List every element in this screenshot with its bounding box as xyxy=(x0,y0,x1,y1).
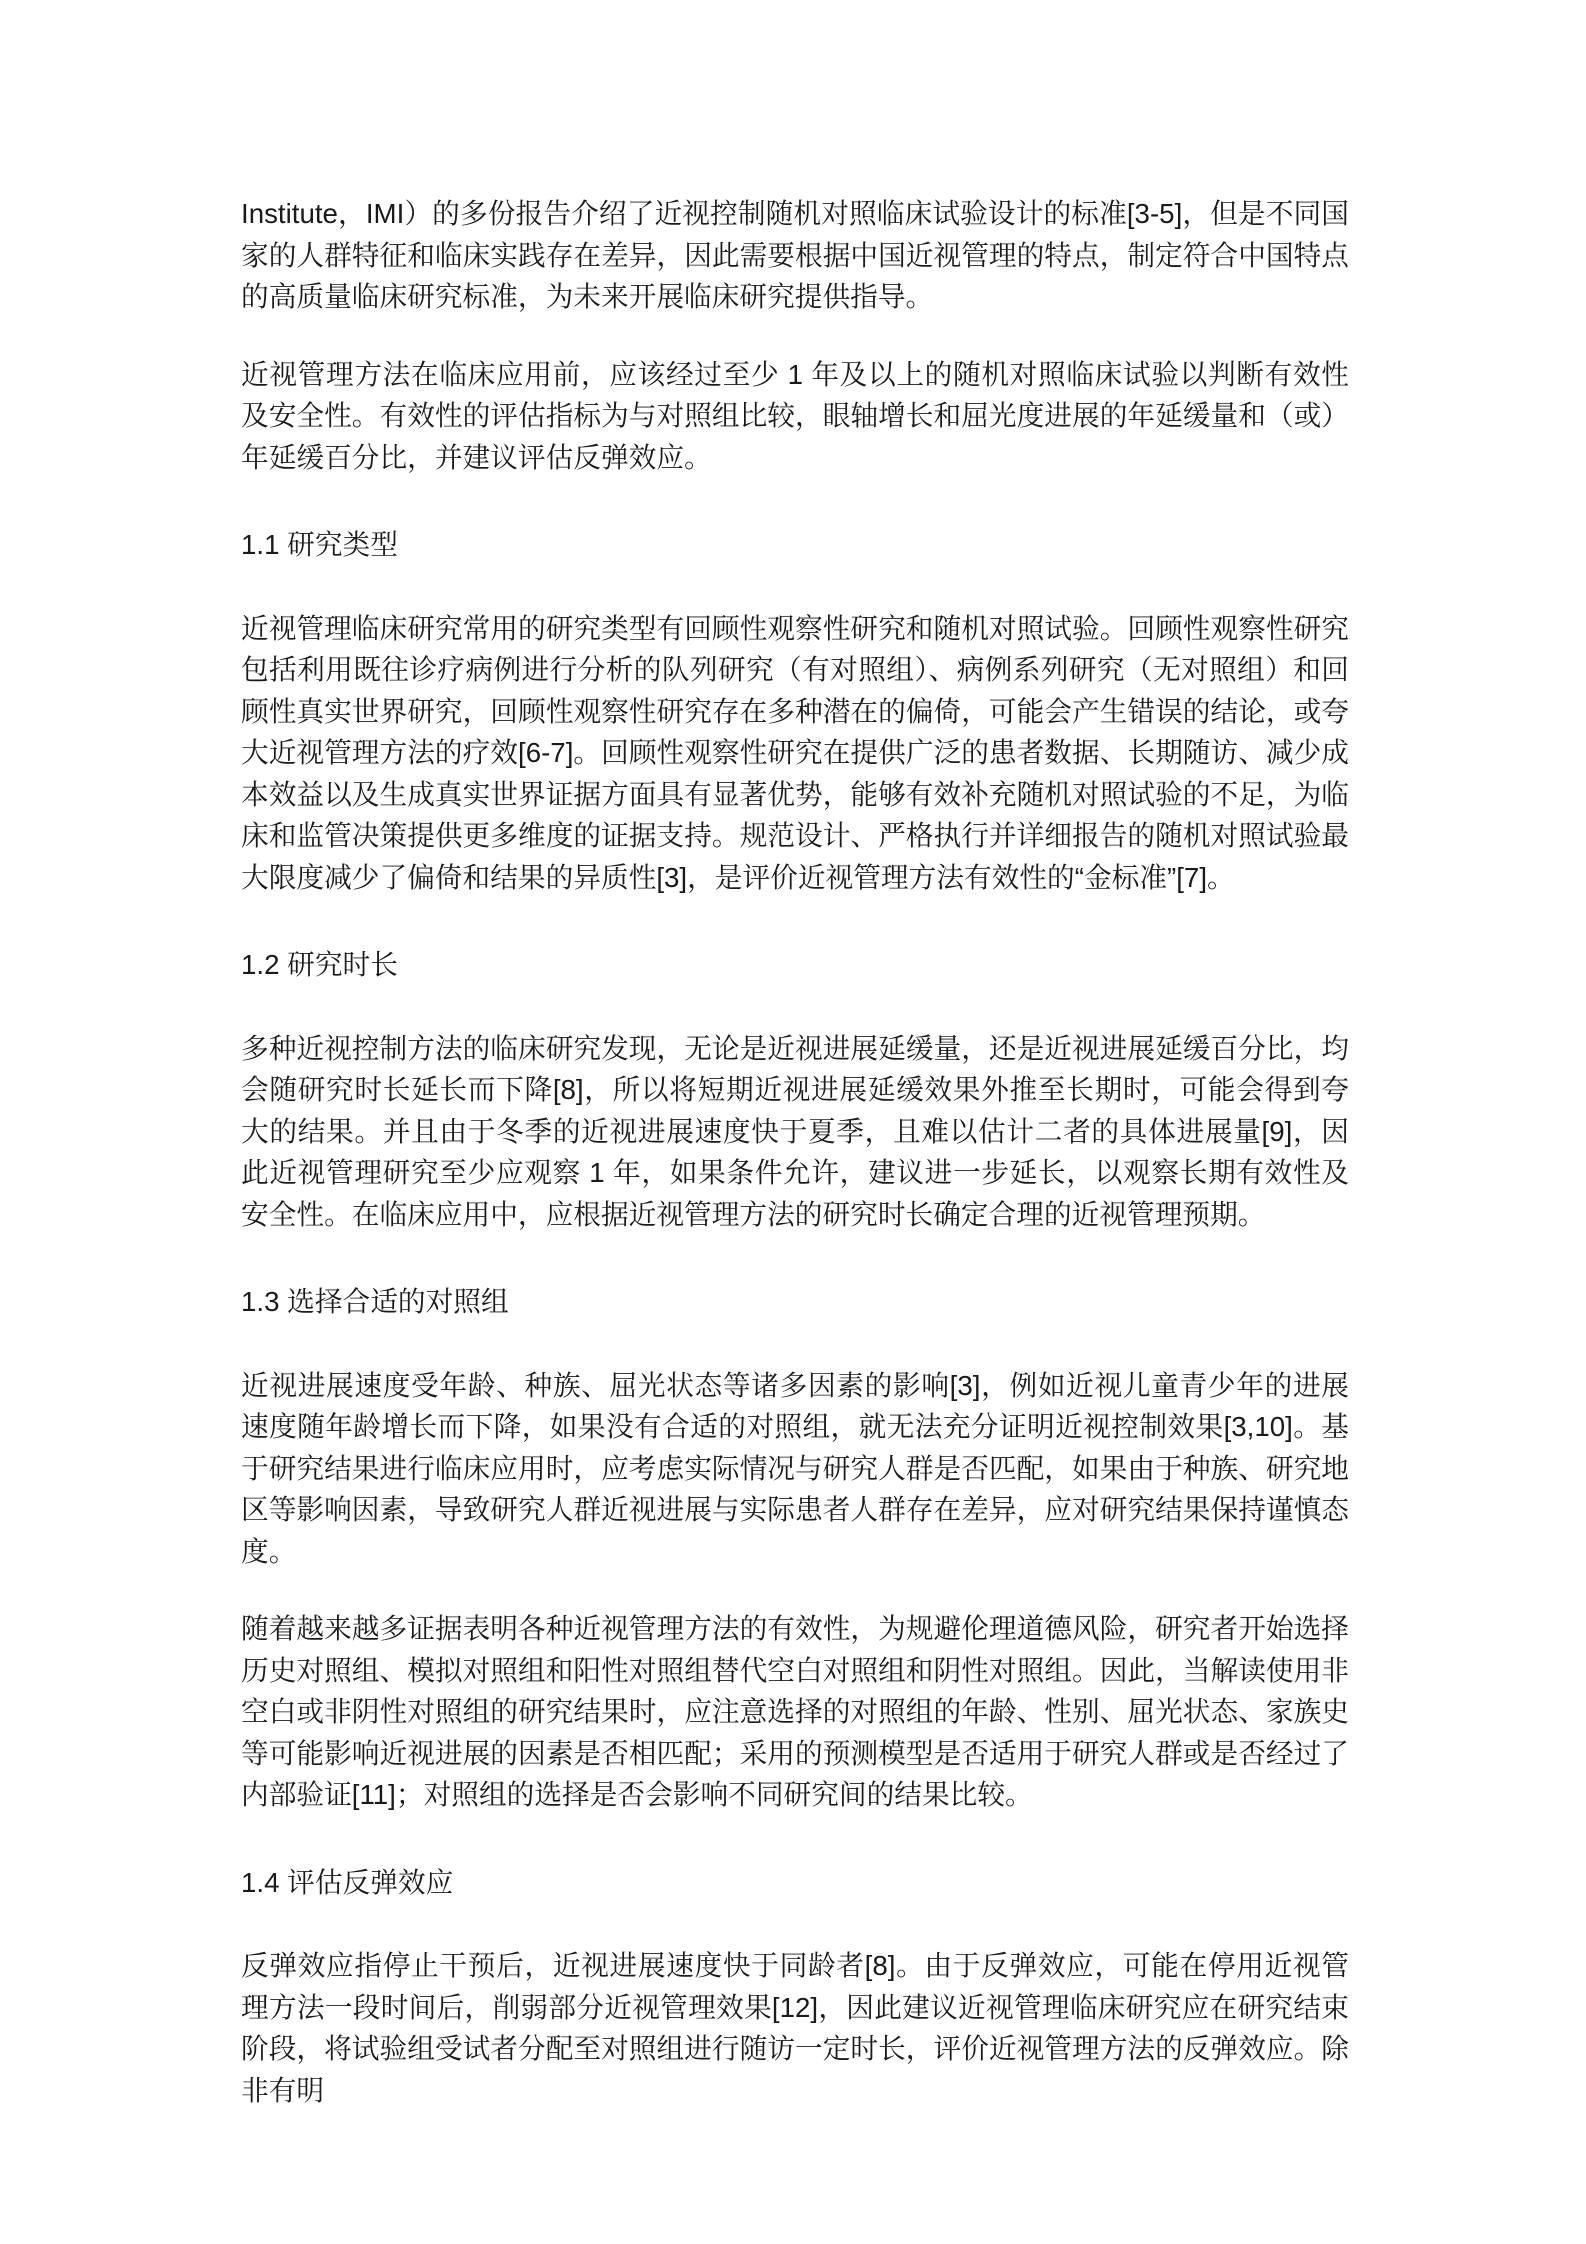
section-heading: 1.1 研究类型 xyxy=(241,524,1349,566)
document-page: Institute，IMI）的多份报告介绍了近视控制随机对照临床试验设计的标准[… xyxy=(0,0,1586,2244)
document-content: Institute，IMI）的多份报告介绍了近视控制随机对照临床试验设计的标准[… xyxy=(241,193,1349,2111)
section-heading: 1.2 研究时长 xyxy=(241,944,1349,986)
paragraph: 反弹效应指停止干预后，近视进展速度快于同龄者[8]。由于反弹效应，可能在停用近视… xyxy=(241,1945,1349,2111)
paragraph: 近视管理方法在临床应用前，应该经过至少 1 年及以上的随机对照临床试验以判断有效… xyxy=(241,354,1349,479)
paragraph: Institute，IMI）的多份报告介绍了近视控制随机对照临床试验设计的标准[… xyxy=(241,193,1349,318)
paragraph: 随着越来越多证据表明各种近视管理方法的有效性，为规避伦理道德风险，研究者开始选择… xyxy=(241,1608,1349,1816)
paragraph: 近视管理临床研究常用的研究类型有回顾性观察性研究和随机对照试验。回顾性观察性研究… xyxy=(241,608,1349,899)
paragraph: 近视进展速度受年龄、种族、屈光状态等诸多因素的影响[3]，例如近视儿童青少年的进… xyxy=(241,1365,1349,1573)
section-heading: 1.3 选择合适的对照组 xyxy=(241,1281,1349,1323)
section-heading: 1.4 评估反弹效应 xyxy=(241,1862,1349,1904)
paragraph: 多种近视控制方法的临床研究发现，无论是近视进展延缓量，还是近视进展延缓百分比，均… xyxy=(241,1028,1349,1236)
